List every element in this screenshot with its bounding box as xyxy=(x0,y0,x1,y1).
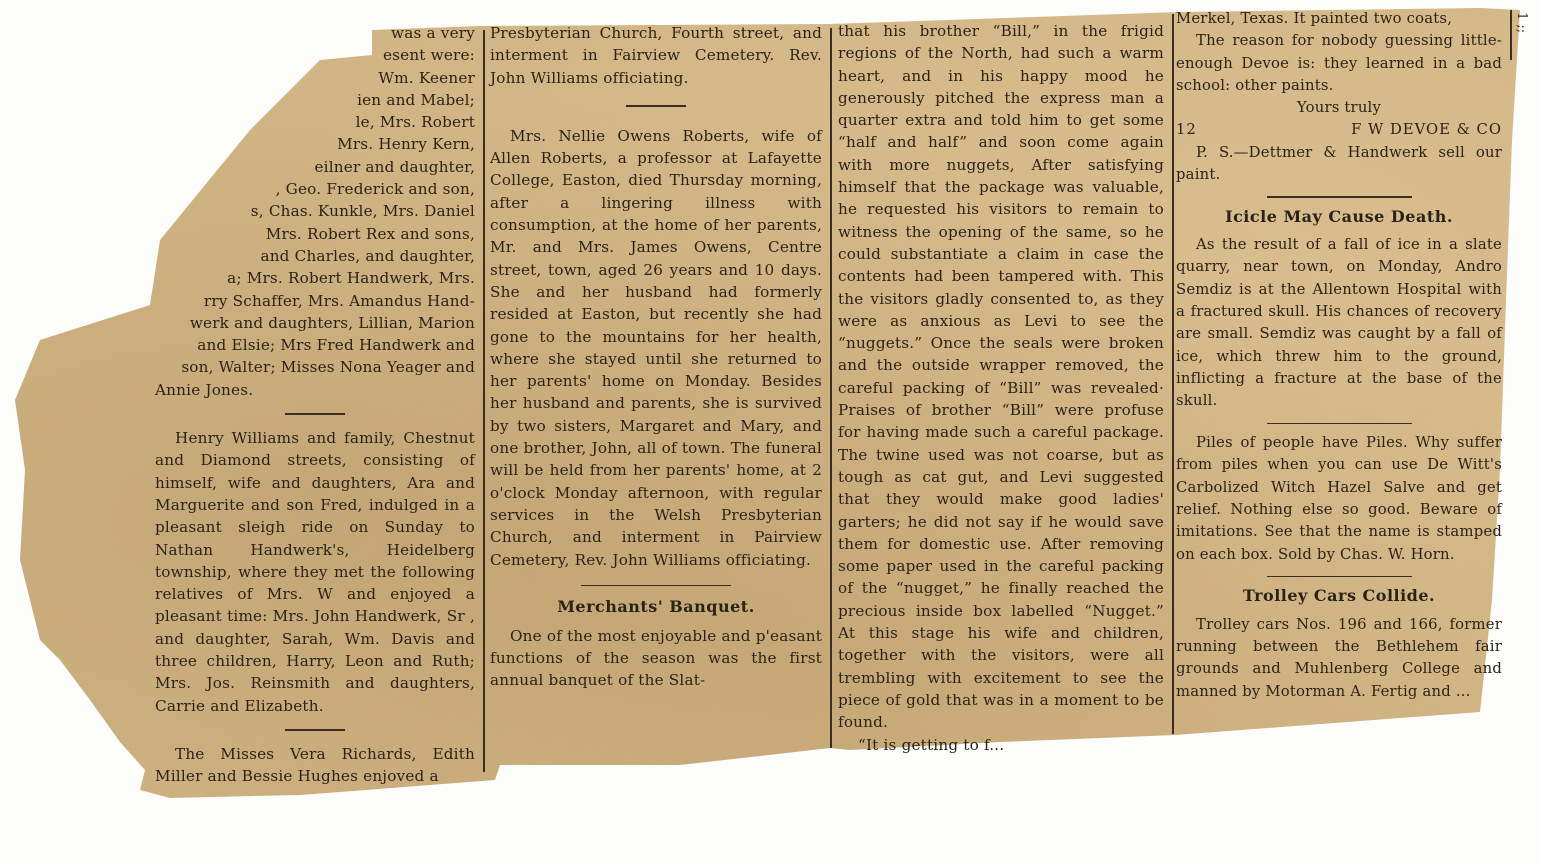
headline-trolley: Trolley Cars Collide. xyxy=(1176,585,1502,607)
section-rule xyxy=(285,413,345,415)
text-line: werk and daughters, Lillian, Marion xyxy=(155,312,475,334)
text-line: and Charles, and daughter, xyxy=(155,245,475,267)
nugget-story: that his brother “Bill,” in the frigid r… xyxy=(838,20,1164,734)
text-line: le, Mrs. Robert xyxy=(155,111,475,133)
column-divider xyxy=(830,28,832,748)
devoe-ad-line: Merkel, Texas. It painted two coats, xyxy=(1176,8,1502,30)
text-line: son, Walter; Misses Nona Yeager and xyxy=(155,356,475,378)
text-line: Annie Jones. xyxy=(155,379,475,401)
column-divider xyxy=(483,30,485,772)
banquet-paragraph: One of the most enjoyable and p'easant f… xyxy=(490,625,822,692)
text-line: eilner and daughter, xyxy=(155,156,475,178)
headline-icicle: Icicle May Cause Death. xyxy=(1176,206,1502,228)
postscript: P. S.—Dettmer & Handwerk sell our paint. xyxy=(1176,142,1502,187)
column-divider xyxy=(1172,14,1174,734)
text-line: a; Mrs. Robert Handwerk, Mrs. xyxy=(155,267,475,289)
misses-paragraph: The Misses Vera Richards, Edith Miller a… xyxy=(155,743,475,788)
column-divider xyxy=(1510,10,1512,60)
section-rule xyxy=(626,105,686,107)
roberts-obituary: Mrs. Nellie Owens Roberts, wife of Allen… xyxy=(490,125,822,571)
funeral-notice-end: Presbyterian Church, Fourth street, and … xyxy=(490,22,822,89)
guest-list: was a very esent were: Wm. Keener ien an… xyxy=(155,22,475,401)
section-rule xyxy=(285,729,345,731)
signature: F W DEVOE & CO xyxy=(1351,119,1502,141)
text-line: and Elsie; Mrs Fred Handwerk and xyxy=(155,334,475,356)
text-line: , Geo. Frederick and son, xyxy=(155,178,475,200)
closing: Yours truly xyxy=(1176,97,1502,119)
icicle-story: As the result of a fall of ice in a slat… xyxy=(1176,234,1502,412)
signature-line: 12 F W DEVOE & CO xyxy=(1176,119,1502,141)
column-2: Presbyterian Church, Fourth street, and … xyxy=(490,22,822,692)
column-1: was a very esent were: Wm. Keener ien an… xyxy=(155,22,475,788)
column-3: that his brother “Bill,” in the frigid r… xyxy=(838,20,1164,756)
section-rule xyxy=(1267,196,1412,198)
edge-fragment: 1 ;; xyxy=(1514,12,1529,33)
ad-number: 12 xyxy=(1176,119,1197,141)
text-line: ien and Mabel; xyxy=(155,89,475,111)
section-rule xyxy=(1267,423,1412,425)
text-line: rry Schaffer, Mrs. Amandus Hand- xyxy=(155,290,475,312)
nugget-story-continued: “It is getting to f... xyxy=(838,734,1164,756)
headline-merchants-banquet: Merchants' Banquet. xyxy=(490,596,822,618)
text-line: Mrs. Henry Kern, xyxy=(155,133,475,155)
williams-sleigh-ride-paragraph: Henry Williams and family, Chestnut and … xyxy=(155,427,475,717)
text-line: Mrs. Robert Rex and sons, xyxy=(155,223,475,245)
piles-ad: Piles of people have Piles. Why suffer f… xyxy=(1176,432,1502,566)
trolley-story: Trolley cars Nos. 196 and 166, former ru… xyxy=(1176,614,1502,703)
devoe-ad-paragraph: The reason for nobody guessing little-en… xyxy=(1176,30,1502,97)
text-line: s, Chas. Kunkle, Mrs. Daniel xyxy=(155,200,475,222)
column-4: Merkel, Texas. It painted two coats, The… xyxy=(1176,8,1502,703)
section-rule xyxy=(1267,576,1412,578)
text-line: was a very xyxy=(155,22,475,44)
section-rule xyxy=(581,585,731,587)
text-line: Wm. Keener xyxy=(155,67,475,89)
text-line: esent were: xyxy=(155,44,475,66)
